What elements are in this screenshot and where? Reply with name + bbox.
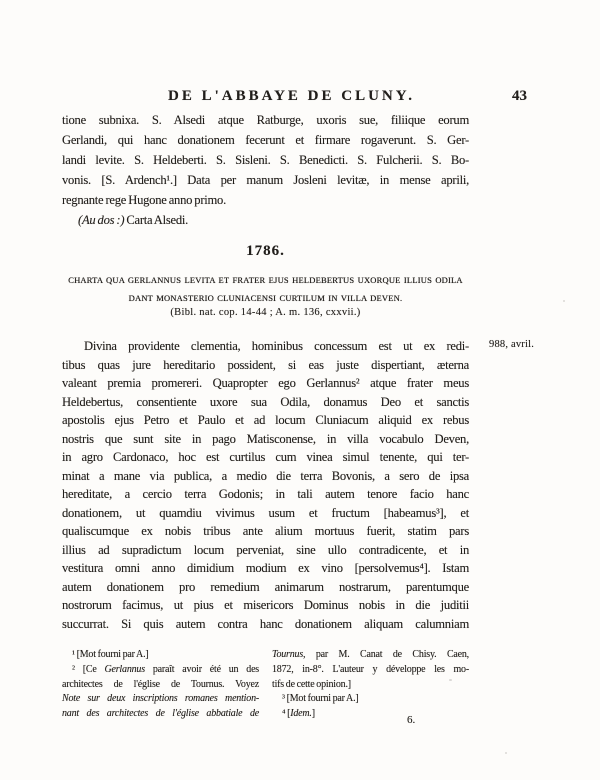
footnote-line: nant des architectes de l'église abbatia… — [62, 707, 259, 722]
footnote-line: Tournus, par M. Canat de Chisy. Caen, — [272, 648, 469, 663]
text-line: autem donationem pro remedium animarum n… — [62, 578, 469, 597]
footnote-line: Note sur deux inscriptions romanes menti… — [62, 692, 259, 707]
text-line: vonis. [S. Ardench¹.] Data per manum Jos… — [62, 170, 469, 190]
signature-mark: 6. — [407, 714, 415, 726]
footnote-line: ¹ [Mot fourni par A.] — [62, 648, 259, 663]
text-line: qualiscumque ex nobis tribus ante alium … — [62, 522, 469, 541]
au-dos-text: Carta Alsedi. — [124, 213, 188, 227]
text-line: vestitura omni anno dimidium modium ex v… — [62, 559, 469, 578]
au-dos-label: (Au dos :) — [78, 213, 124, 227]
text-line: Heldebertus, consentiente uxore sua Odil… — [62, 393, 469, 412]
text-line: apostolis ejus Petro et Paulo et ad locu… — [62, 411, 469, 430]
text-line: nostris que sunt site in pago Matisconen… — [62, 430, 469, 449]
charter-source: (Bibl. nat. cop. 14-44 ; A. m. 136, cxxv… — [62, 307, 469, 318]
footnote-text: paraît avoir été un des — [145, 664, 259, 675]
footnote-line: ⁴ [Idem.] — [272, 707, 469, 722]
charter-number: 1786. — [62, 243, 469, 260]
footnote-line: ² [Ce Gerlannus paraît avoir été un des — [62, 663, 259, 678]
charter-body: Divina providente clementia, hominibus c… — [62, 337, 469, 633]
book-page: DE L'ABBAYE DE CLUNY. 43 tione subnixa. … — [0, 0, 600, 780]
running-header: DE L'ABBAYE DE CLUNY. — [88, 88, 495, 105]
text-line: minat a mane via publica, a medio die te… — [62, 467, 469, 486]
footnote-line: tifs de cette opinion.] — [272, 678, 469, 693]
footnote-column-right: Tournus, par M. Canat de Chisy. Caen, 18… — [272, 648, 469, 722]
footnote-line: architectes de l'église de Tournus. Voye… — [62, 678, 259, 693]
text-line: in agro Cardonaco, hoc est curtilus cum … — [62, 448, 469, 467]
footnote-text: ² [Ce — [72, 664, 104, 675]
charter-title-line: DANT MONASTERIO CLUNIACENSI CURTILUM IN … — [62, 289, 469, 307]
text-line: regnante rege Hugone anno primo. — [62, 190, 469, 210]
footnote-text: ⁴ [ — [282, 708, 290, 719]
au-dos-line: (Au dos :) Carta Alsedi. — [62, 210, 469, 230]
text-line: landi levite. S. Heldeberti. S. Sisleni.… — [62, 150, 469, 170]
page-number: 43 — [512, 88, 527, 105]
footnote-text-italic: Gerlannus — [104, 664, 144, 675]
footnotes: ¹ [Mot fourni par A.] ² [Ce Gerlannus pa… — [62, 648, 469, 722]
scan-speck — [563, 300, 565, 302]
scan-speck — [505, 752, 507, 754]
charter-title-line: CHARTA QUA GERLANNUS LEVITA ET FRATER EJ… — [62, 271, 469, 289]
text-line: donationem, ut quamdiu vivimus usum et f… — [62, 504, 469, 523]
text-line: tione subnixa. S. Alsedi atque Ratburge,… — [62, 110, 469, 130]
text-line: succurrat. Si quis autem contra hanc don… — [62, 615, 469, 634]
previous-charter-text: tione subnixa. S. Alsedi atque Ratburge,… — [62, 110, 469, 230]
footnote-line: 1872, in-8°. L'auteur y développe les mo… — [272, 663, 469, 678]
scan-speck — [449, 679, 452, 681]
margin-date-note: 988, avril. — [489, 339, 534, 350]
text-line: nostrorum facimus, ut pius et misericors… — [62, 596, 469, 615]
footnote-line: ³ [Mot fourni par A.] — [272, 692, 469, 707]
footnote-text: ] — [312, 708, 315, 719]
text-line: hereditate, a cercio terra Godonis; in t… — [62, 485, 469, 504]
text-line: Gerlandi, qui hanc donationem fecerunt e… — [62, 130, 469, 150]
footnote-text-italic: Tournus, — [272, 649, 305, 660]
text-line: illius ad supradictum locum perveniat, s… — [62, 541, 469, 560]
charter-title: CHARTA QUA GERLANNUS LEVITA ET FRATER EJ… — [62, 271, 469, 307]
footnote-text: par M. Canat de Chisy. Caen, — [305, 649, 469, 660]
footnote-column-left: ¹ [Mot fourni par A.] ² [Ce Gerlannus pa… — [62, 648, 259, 722]
text-line: tibus quas jure hereditario possident, s… — [62, 356, 469, 375]
text-line: valeant premia promereri. Quapropter ego… — [62, 374, 469, 393]
footnote-text-italic: Idem. — [290, 708, 312, 719]
text-line: Divina providente clementia, hominibus c… — [62, 337, 469, 356]
